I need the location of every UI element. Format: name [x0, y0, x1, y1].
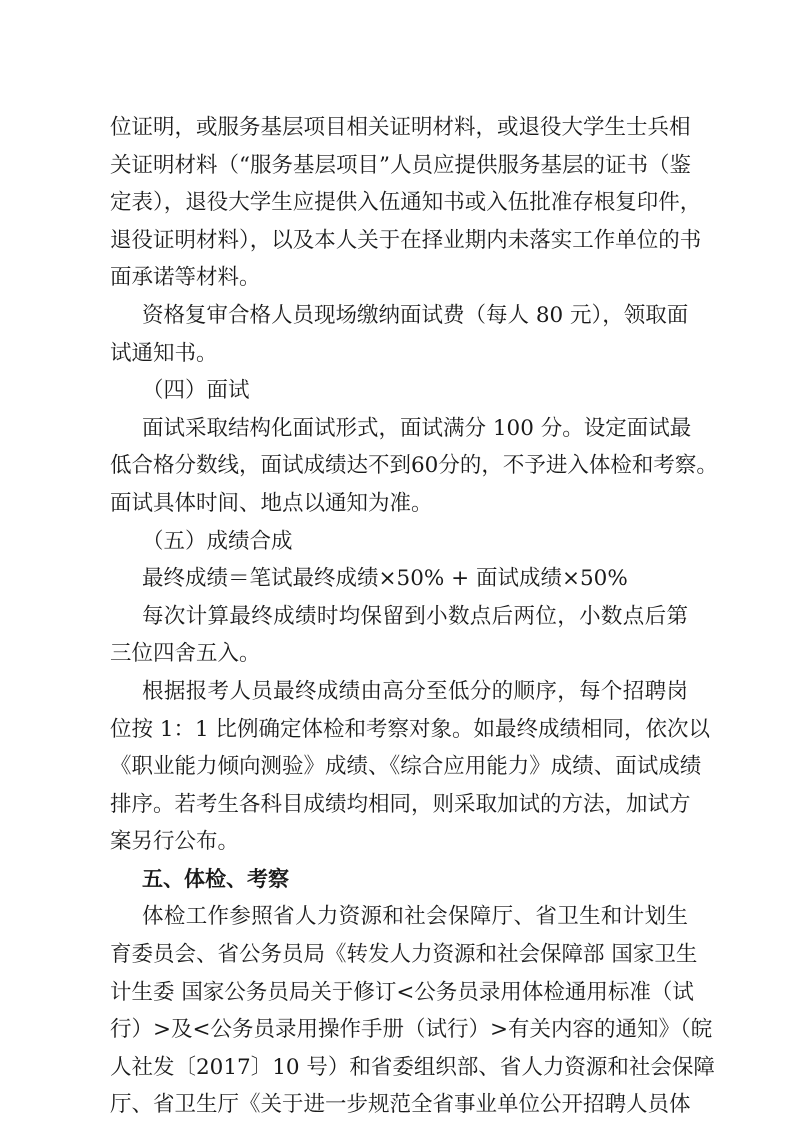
text-line: 《职业能力倾向测验》成绩、《综合应用能力》成绩、面试成绩 — [110, 748, 688, 786]
section-heading-physical-exam: 五、体检、考察 — [110, 861, 688, 899]
text-line: 关证明材料（“服务基层项目”人员应提供服务基层的证书（鉴 — [110, 147, 688, 185]
paragraph-ranking-rule: 根据报考人员最终成绩由高分至低分的顺序，每个招聘岗 位按 1：1 比例确定体检和… — [110, 673, 688, 861]
paragraph-interview-rules: 面试采取结构化面试形式，面试满分 100 分。设定面试最 低合格分数线，面试成绩… — [110, 410, 688, 523]
paragraph-rounding-rule: 每次计算最终成绩时均保留到小数点后两位，小数点后第 三位四舍五入。 — [110, 598, 688, 673]
text-line: 试通知书。 — [110, 335, 688, 373]
subheading-score-composition: （五）成绩合成 — [110, 523, 688, 561]
text-line: 育委员会、省公务员局《转发人力资源和社会保障部 国家卫生 — [110, 936, 688, 974]
text-line: 低合格分数线，面试成绩达不到60分的，不予进入体检和考察。 — [110, 447, 688, 485]
text-line: 计生委 国家公务员局关于修订<公务员录用体检通用标准（试 — [110, 974, 688, 1012]
text-line: 资格复审合格人员现场缴纳面试费（每人 80 元），领取面 — [110, 297, 688, 335]
text-line: 排序。若考生各科目成绩均相同，则采取加试的方法，加试方 — [110, 786, 688, 824]
text-line: 厅、省卫生厅《关于进一步规范全省事业单位公开招聘人员体 — [110, 1086, 688, 1122]
text-line: 面承诺等材料。 — [110, 259, 688, 297]
text-line: 面试具体时间、地点以通知为准。 — [110, 485, 688, 523]
text-line: 行）>及<公务员录用操作手册（试行）>有关内容的通知》（皖 — [110, 1011, 688, 1049]
final-score-formula: 最终成绩＝笔试最终成绩×50% + 面试成绩×50% — [110, 560, 688, 598]
document-page: 位证明，或服务基层项目相关证明材料，或退役大学生士兵相 关证明材料（“服务基层项… — [110, 109, 688, 1122]
paragraph-qualification-materials: 位证明，或服务基层项目相关证明材料，或退役大学生士兵相 关证明材料（“服务基层项… — [110, 109, 688, 297]
subheading-interview: （四）面试 — [110, 372, 688, 410]
text-line: 人社发〔2017〕10 号）和省委组织部、省人力资源和社会保障 — [110, 1049, 688, 1087]
text-line: 体检工作参照省人力资源和社会保障厅、省卫生和计划生 — [110, 898, 688, 936]
text-line: 每次计算最终成绩时均保留到小数点后两位，小数点后第 — [110, 598, 688, 636]
text-line: 定表），退役大学生应提供入伍通知书或入伍批准存根复印件， — [110, 184, 688, 222]
text-line: 根据报考人员最终成绩由高分至低分的顺序，每个招聘岗 — [110, 673, 688, 711]
text-line: 退役证明材料），以及本人关于在择业期内未落实工作单位的书 — [110, 222, 688, 260]
text-line: 位证明，或服务基层项目相关证明材料，或退役大学生士兵相 — [110, 109, 688, 147]
text-line: 面试采取结构化面试形式，面试满分 100 分。设定面试最 — [110, 410, 688, 448]
text-line: 案另行公布。 — [110, 823, 688, 861]
text-line: 三位四舍五入。 — [110, 635, 688, 673]
paragraph-physical-exam-reference: 体检工作参照省人力资源和社会保障厅、省卫生和计划生 育委员会、省公务员局《转发人… — [110, 898, 688, 1122]
paragraph-interview-fee: 资格复审合格人员现场缴纳面试费（每人 80 元），领取面 试通知书。 — [110, 297, 688, 372]
text-line: 位按 1：1 比例确定体检和考察对象。如最终成绩相同，依次以 — [110, 711, 688, 749]
